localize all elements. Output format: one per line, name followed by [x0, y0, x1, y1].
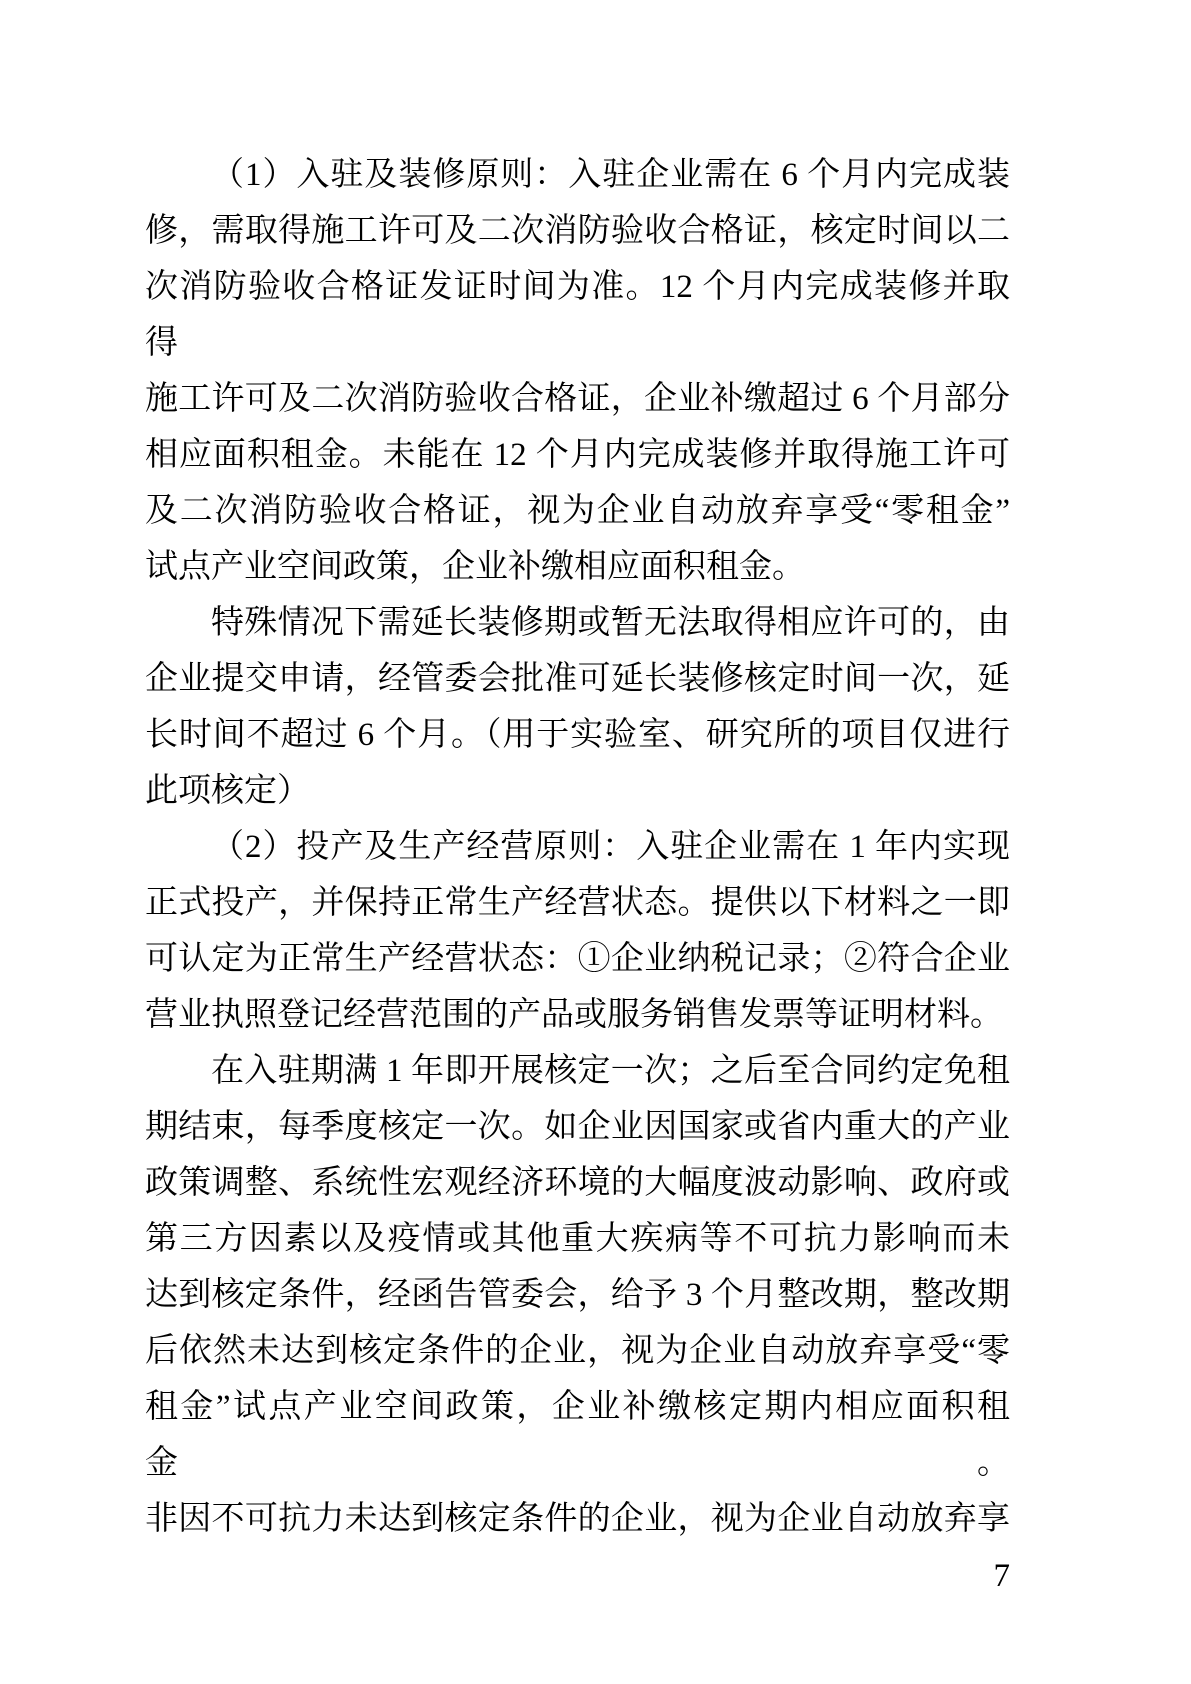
text-line: 营业执照登记经营范围的产品或服务销售发票等证明材料。 — [145, 987, 1010, 1043]
text-line: （1）入驻及装修原则：入驻企业需在 6 个月内完成装 — [145, 147, 1010, 203]
text-line: 期结束，每季度核定一次。如企业因国家或省内重大的产业 — [145, 1099, 1010, 1155]
text-line: 达到核定条件，经函告管委会，给予 3 个月整改期，整改期 — [145, 1267, 1010, 1323]
text-line: 特殊情况下需延长装修期或暂无法取得相应许可的，由 — [145, 595, 1010, 651]
text-line: 长时间不超过 6 个月。（用于实验室、研究所的项目仅进行 — [145, 707, 1010, 763]
text-line: 企业提交申请，经管委会批准可延长装修核定时间一次，延 — [145, 651, 1010, 707]
text-line: 第三方因素以及疫情或其他重大疾病等不可抗力影响而未 — [145, 1211, 1010, 1267]
text-line: 此项核定） — [145, 763, 1010, 819]
document-body: （1）入驻及装修原则：入驻企业需在 6 个月内完成装修，需取得施工许可及二次消防… — [145, 147, 1010, 1547]
text-line: 修，需取得施工许可及二次消防验收合格证，核定时间以二 — [145, 203, 1010, 259]
text-line: 正式投产，并保持正常生产经营状态。提供以下材料之一即 — [145, 875, 1010, 931]
document-page: （1）入驻及装修原则：入驻企业需在 6 个月内完成装修，需取得施工许可及二次消防… — [0, 0, 1191, 1684]
paragraph-production-principle: （2）投产及生产经营原则：入驻企业需在 1 年内实现正式投产，并保持正常生产经营… — [145, 819, 1010, 1043]
paragraph-renovation-principle: （1）入驻及装修原则：入驻企业需在 6 个月内完成装修，需取得施工许可及二次消防… — [145, 147, 1010, 595]
paragraph-extension-rule: 特殊情况下需延长装修期或暂无法取得相应许可的，由企业提交申请，经管委会批准可延长… — [145, 595, 1010, 819]
page-number: 7 — [145, 1556, 1010, 1596]
text-line: 在入驻期满 1 年即开展核定一次；之后至合同约定免租 — [145, 1043, 1010, 1099]
text-line: 可认定为正常生产经营状态：①企业纳税记录；②符合企业 — [145, 931, 1010, 987]
text-line: （2）投产及生产经营原则：入驻企业需在 1 年内实现 — [145, 819, 1010, 875]
text-line: 非因不可抗力未达到核定条件的企业，视为企业自动放弃享 — [145, 1491, 1010, 1547]
text-line: 试点产业空间政策，企业补缴相应面积租金。 — [145, 539, 1010, 595]
text-line: 租金”试点产业空间政策，企业补缴核定期内相应面积租金。 — [145, 1379, 1010, 1491]
text-line: 次消防验收合格证发证时间为准。12 个月内完成装修并取得 — [145, 259, 1010, 371]
text-line: 政策调整、系统性宏观经济环境的大幅度波动影响、政府或 — [145, 1155, 1010, 1211]
text-line: 施工许可及二次消防验收合格证，企业补缴超过 6 个月部分 — [145, 371, 1010, 427]
text-line: 相应面积租金。未能在 12 个月内完成装修并取得施工许可 — [145, 427, 1010, 483]
text-line: 后依然未达到核定条件的企业，视为企业自动放弃享受“零 — [145, 1323, 1010, 1379]
text-line: 及二次消防验收合格证，视为企业自动放弃享受“零租金” — [145, 483, 1010, 539]
paragraph-assessment-rule: 在入驻期满 1 年即开展核定一次；之后至合同约定免租期结束，每季度核定一次。如企… — [145, 1043, 1010, 1547]
